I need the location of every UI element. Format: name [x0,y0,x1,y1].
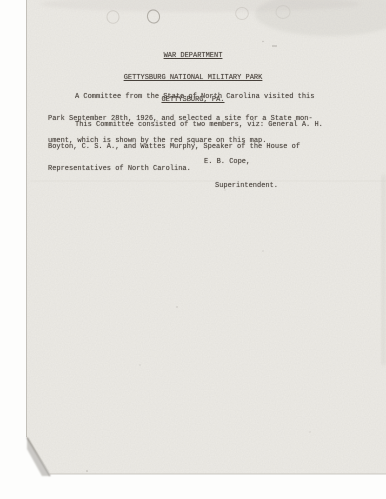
paragraph1-line1: A Committee from the State of North Caro… [48,94,314,101]
scanned-letter-page: WAR DEPARTMENT GETTYSBURG NATIONAL MILIT… [0,0,386,499]
paragraph2-line2: Boyton, C. S. A., and Wattes Murphy, Spe… [48,144,323,151]
paragraph-committee-members: This Committee consisted of two members,… [48,108,323,187]
letterhead-department: WAR DEPARTMENT [0,53,386,60]
paragraph2-line3: Representatives of North Carolina. [48,166,323,173]
signature-name: E. B. Cope, [204,159,278,167]
signature-title: Superintendent. [215,183,278,191]
signature-block: E. B. Cope, Superintendent. [204,144,278,206]
paragraph2-line1: This Committee consisted of two members,… [48,122,323,129]
